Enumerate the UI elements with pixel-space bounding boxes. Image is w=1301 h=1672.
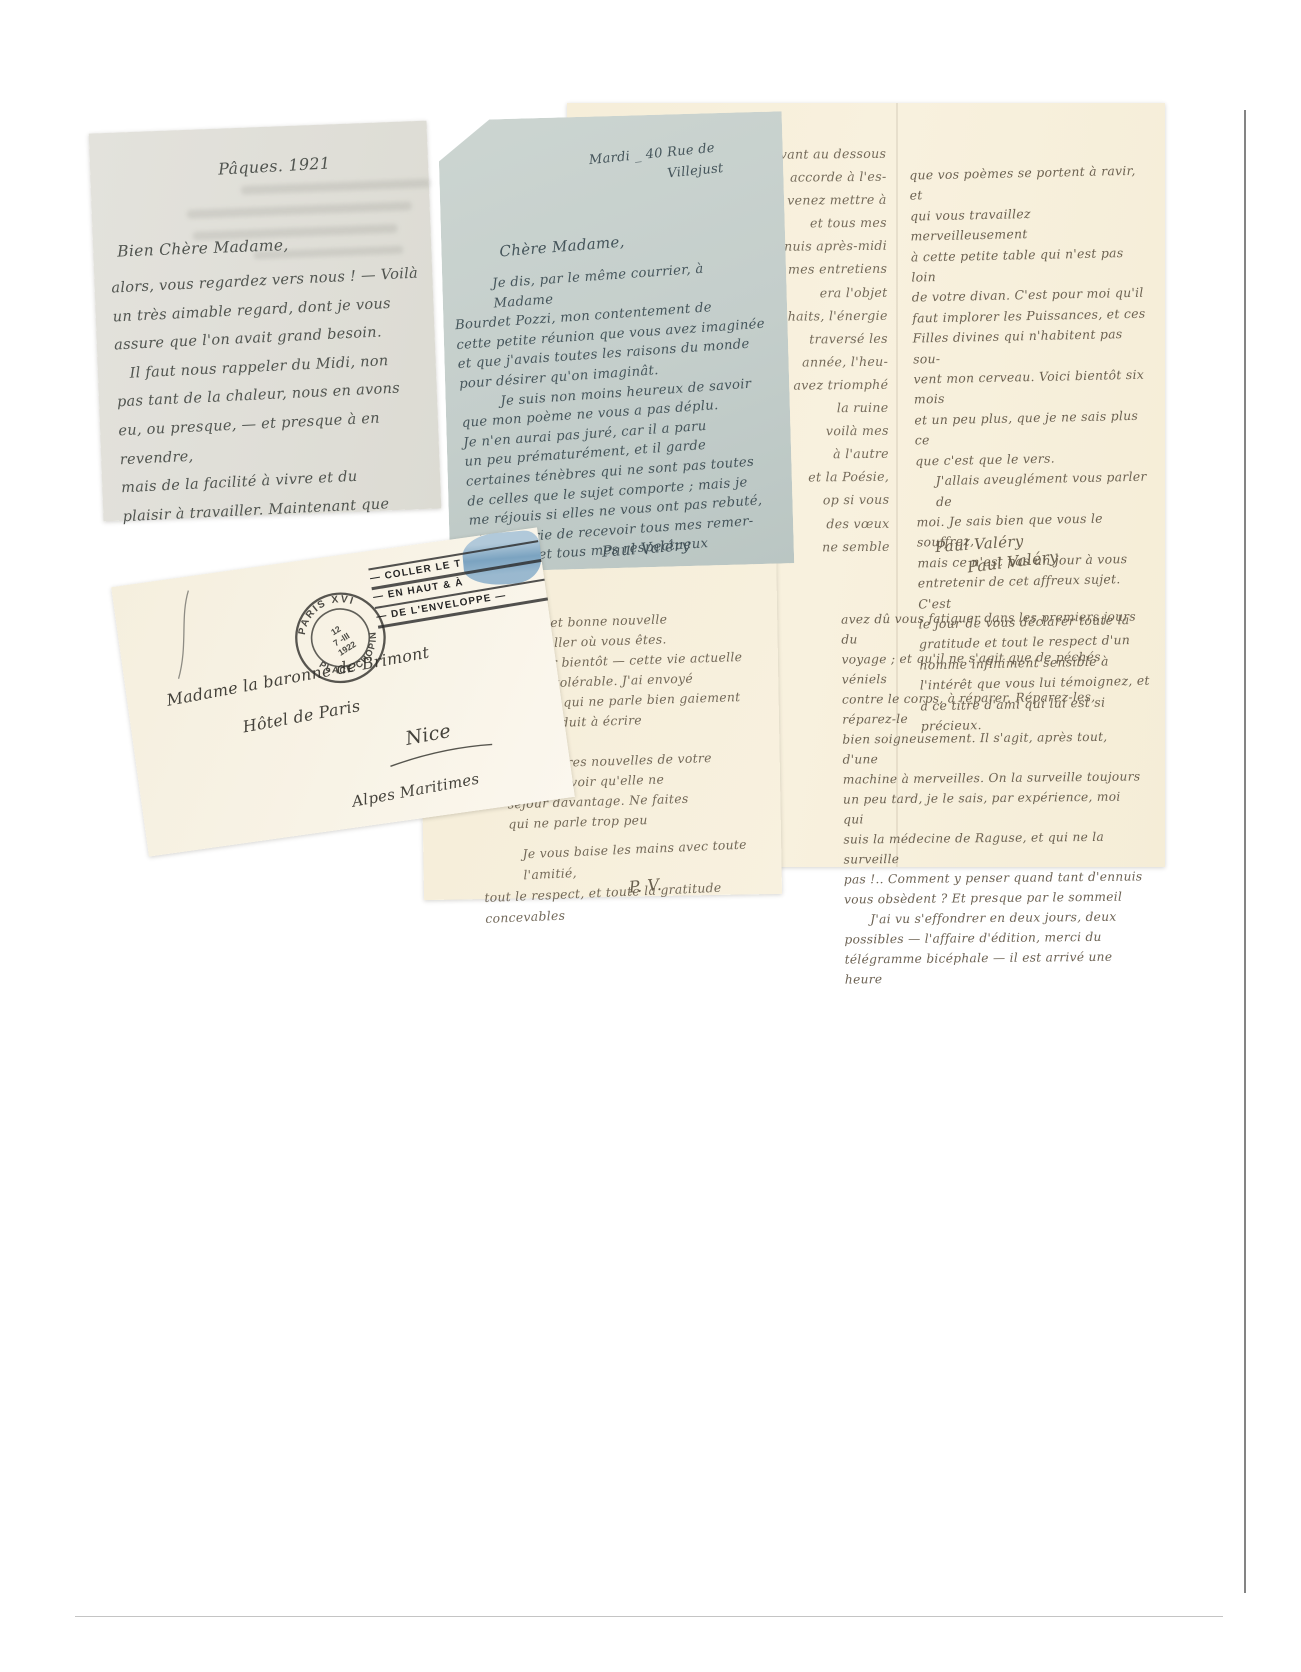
signature-pv: P. V. xyxy=(628,875,663,897)
manuscript-line: à cette petite table qui n'est pas loin xyxy=(911,242,1152,288)
manuscript-line: J'allais aveuglément vous parler de xyxy=(915,467,1156,513)
manuscript-line: voyage ; et qu'il ne s'agit que de péché… xyxy=(841,646,1143,689)
manuscript-line: un peu tard, je le sais, par expérience,… xyxy=(843,786,1145,829)
manuscript-line: contre le corps, à réparer. Réparez-les,… xyxy=(842,686,1144,729)
address-hotel: Hôtel de Paris xyxy=(241,696,362,736)
ink-bleedthrough xyxy=(241,179,431,195)
manuscript-line: avez dû vous fatiguer dans les premiers … xyxy=(841,606,1143,649)
manuscript-line: Filles divines qui n'habitent pas sou- xyxy=(912,324,1153,370)
letter-body: alors, vous regardez vers nous ! — Voilà… xyxy=(111,259,435,531)
manuscript-line: vent mon cerveau. Voici bientôt six mois xyxy=(913,365,1154,411)
manuscript-line: télégramme bicéphale — il est arrivé une… xyxy=(845,946,1147,989)
dateline: Pâques. 1921 xyxy=(218,153,331,178)
right-vertical-rule xyxy=(1244,110,1246,1593)
dateline-2: Villejust xyxy=(667,161,725,181)
ink-bleedthrough xyxy=(187,201,412,219)
salutation: Chère Madame, xyxy=(499,232,625,260)
manuscript-collage-page: levant au dessousaccorde à l'es-venez me… xyxy=(0,0,1301,1672)
manuscript-line: et un peu plus, que je ne sais plus ce xyxy=(914,405,1155,451)
lower-right-letter-text: avez dû vous fatiguer dans les premiers … xyxy=(841,606,1147,989)
address-department: Alpes Maritimes xyxy=(351,770,481,811)
letter-villejust: Mardi _ 40 Rue de Villejust Chère Madame… xyxy=(438,111,794,572)
footer-divider-rule xyxy=(75,1616,1223,1617)
manuscript-line: qui vous travaillez merveilleusement xyxy=(910,201,1151,247)
letter-easter-1921: Pâques. 1921 Bien Chère Madame, alors, v… xyxy=(89,121,442,522)
manuscript-line: suis la médecine de Raguse, et qui ne la… xyxy=(843,826,1145,869)
manuscript-line: que vos poèmes se portent à ravir, et xyxy=(909,161,1150,207)
manuscript-line: bien soigneusement. Il s'agit, après tou… xyxy=(842,726,1144,769)
